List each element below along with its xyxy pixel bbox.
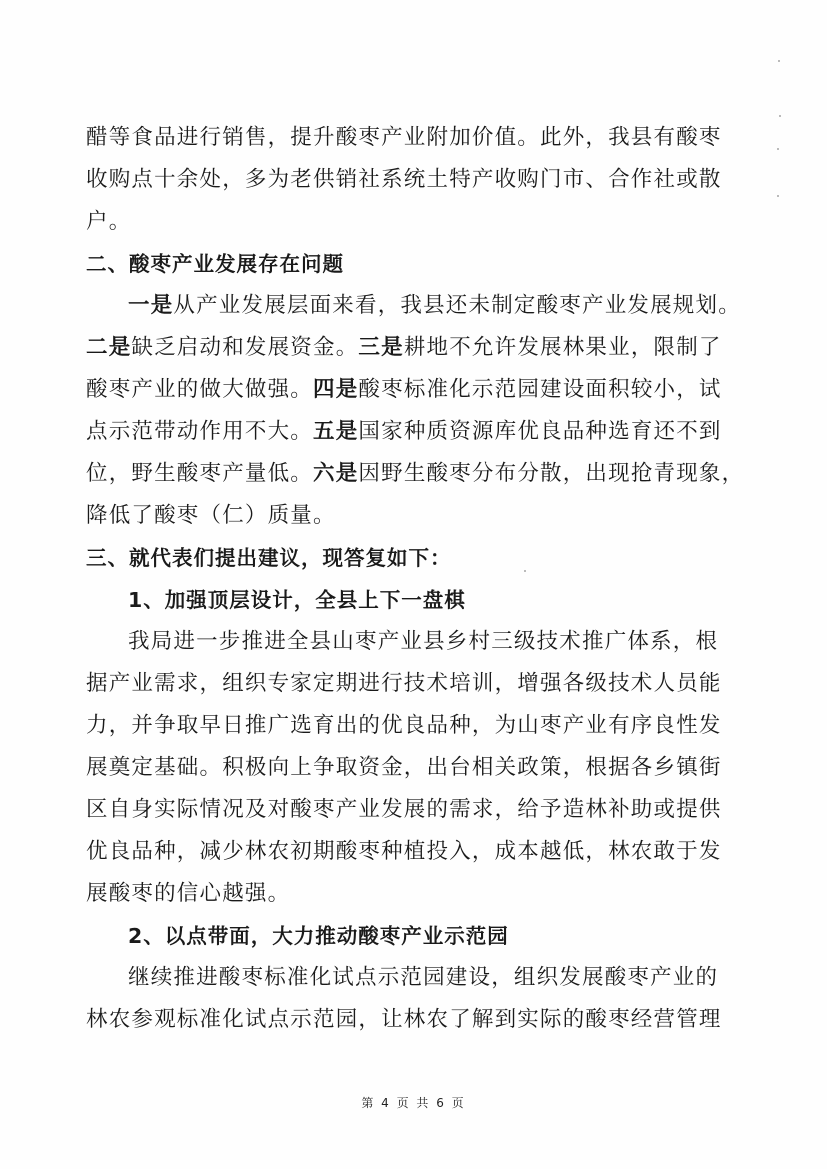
body-line: 收购点十余处，多为老供销社系统土特产收购门市、合作社或散 (86, 165, 746, 195)
subheading-2: 2、以点带面，大力推动酸枣产业示范园 (128, 921, 788, 951)
point-lead: 一是 (128, 293, 173, 318)
body-line: 点示范带动作用不大。五是国家种质资源库优良品种选育还不到 (86, 417, 746, 447)
body-line: 一是从产业发展层面来看，我县还未制定酸枣产业发展规划。 (128, 291, 788, 321)
body-line: 酸枣产业的做大做强。四是酸枣标准化示范园建设面积较小，试 (86, 375, 746, 405)
point-text: 位，野生酸枣产量低。 (86, 461, 313, 486)
body-line: 展酸枣的信心越强。 (86, 879, 746, 909)
point-lead: 六是 (313, 461, 358, 486)
point-lead: 四是 (313, 377, 358, 402)
body-line: 我局进一步推进全县山枣产业县乡村三级技术推广体系，根 (128, 627, 788, 657)
point-text: 从产业发展层面来看，我县还未制定酸枣产业发展规划。 (173, 293, 741, 318)
body-line: 区自身实际情况及对酸枣产业发展的需求，给予造林补助或提供 (86, 795, 746, 825)
body-line: 展奠定基础。积极向上争取资金，出台相关政策，根据各乡镇街 (86, 753, 746, 783)
body-line: 继续推进酸枣标准化试点示范园建设，组织发展酸枣产业的 (128, 963, 788, 993)
scan-artifact (524, 570, 526, 572)
document-page: 醋等食品进行销售，提升酸枣产业附加价值。此外，我县有酸枣 收购点十余处，多为老供… (0, 0, 827, 1169)
point-text: 因野生酸枣分布分散，出现抢青现象， (358, 461, 744, 486)
body-line: 力，并争取早日推广选育出的优良品种，为山枣产业有序良性发 (86, 711, 746, 741)
point-text: 点示范带动作用不大。 (86, 419, 313, 444)
point-text: 酸枣标准化示范园建设面积较小，试 (358, 377, 721, 402)
scan-artifact (777, 195, 779, 197)
body-line: 醋等食品进行销售，提升酸枣产业附加价值。此外，我县有酸枣 (86, 123, 746, 153)
body-line: 位，野生酸枣产量低。六是因野生酸枣分布分散，出现抢青现象， (86, 459, 746, 489)
point-text: 国家种质资源库优良品种选育还不到 (358, 419, 721, 444)
scan-artifact (778, 60, 780, 62)
scan-artifact (779, 115, 781, 117)
point-text: 酸枣产业的做大做强。 (86, 377, 313, 402)
body-line: 据产业需求，组织专家定期进行技术培训，增强各级技术人员能 (86, 669, 746, 699)
point-text: 缺乏启动和发展资金。 (131, 335, 358, 360)
section-heading-3: 三、就代表们提出建议，现答复如下： (86, 543, 746, 573)
section-heading-2: 二、酸枣产业发展存在问题 (86, 249, 746, 279)
body-line: 降低了酸枣（仁）质量。 (86, 501, 746, 531)
scan-artifact (777, 148, 779, 150)
body-line: 优良品种，减少林农初期酸枣种植投入，成本越低，林农敢于发 (86, 837, 746, 867)
point-text: 耕地不允许发展林果业，限制了 (404, 335, 722, 360)
point-lead: 五是 (313, 419, 358, 444)
page-footer: 第 4 页 共 6 页 (0, 1094, 827, 1111)
body-line: 林农参观标准化试点示范园，让林农了解到实际的酸枣经营管理 (86, 1005, 746, 1035)
subheading-1: 1、加强顶层设计，全县上下一盘棋 (128, 585, 788, 615)
body-line: 户。 (86, 207, 746, 237)
body-line: 二是缺乏启动和发展资金。三是耕地不允许发展林果业，限制了 (86, 333, 746, 363)
point-lead: 三是 (358, 335, 403, 360)
point-lead: 二是 (86, 335, 131, 360)
